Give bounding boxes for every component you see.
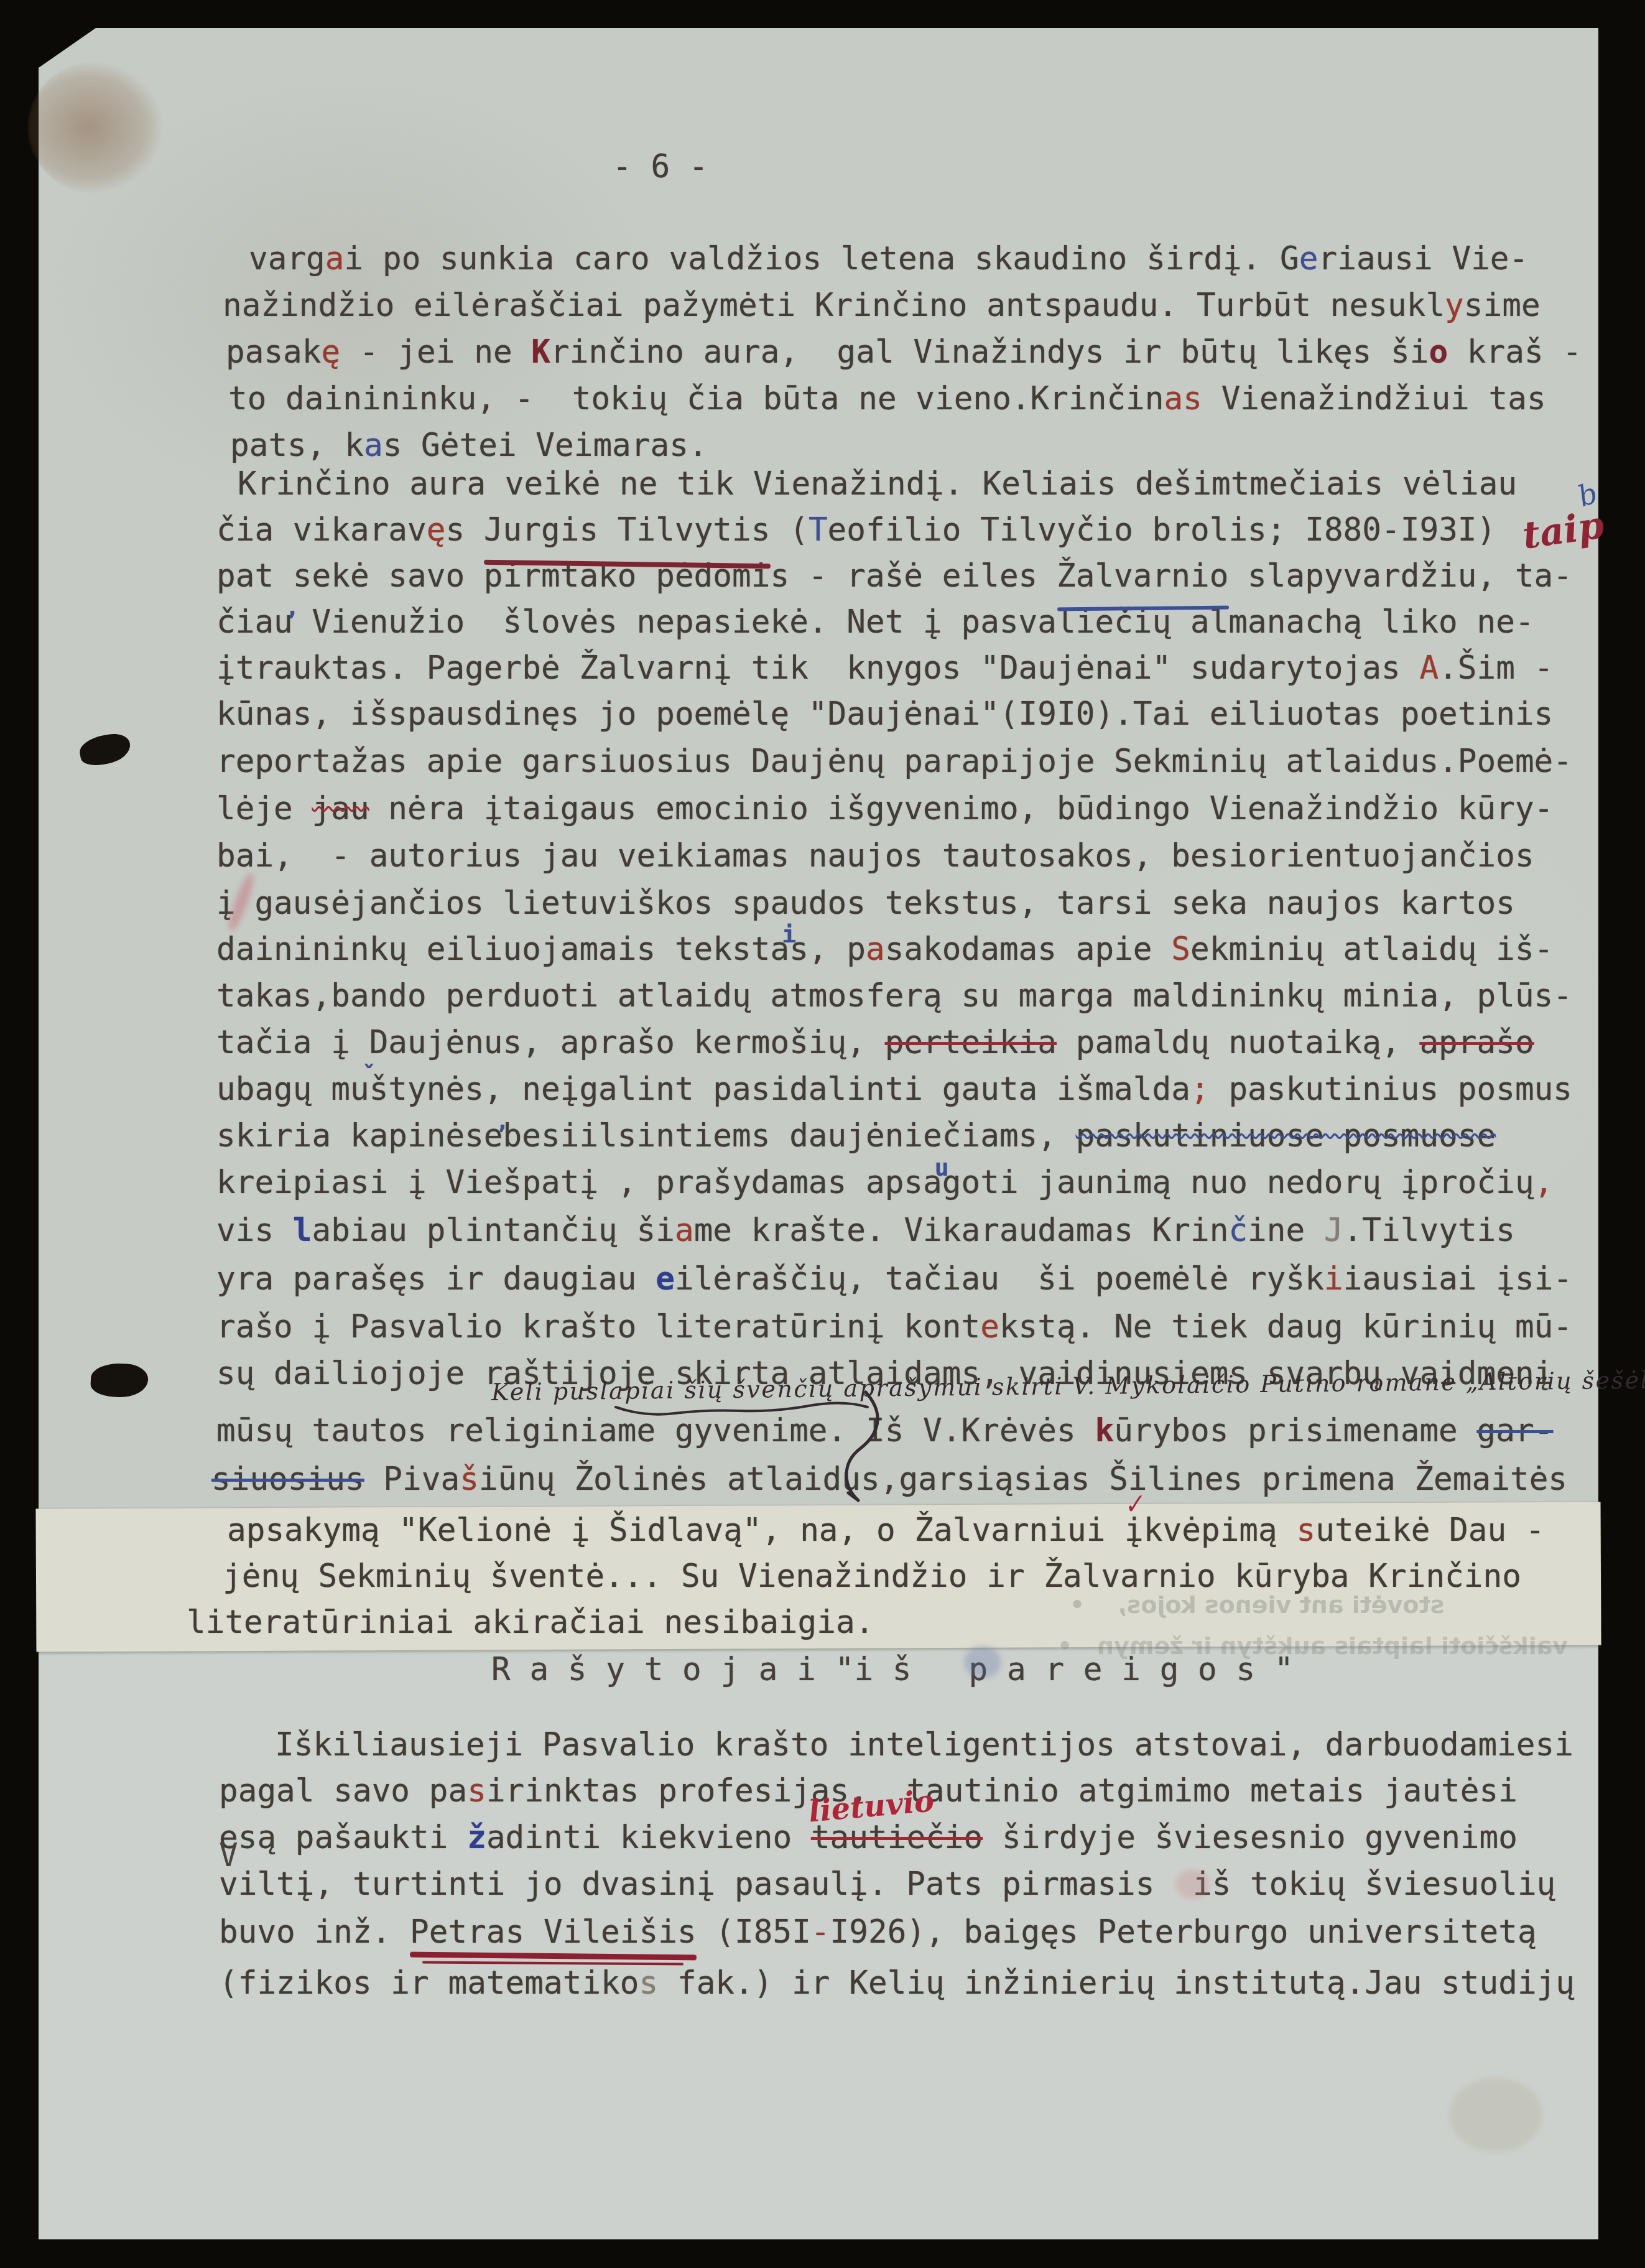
typed-v-correction: V bbox=[219, 1840, 238, 1872]
handwritten-taip: taip bbox=[1520, 503, 1607, 558]
blue-smudge-heading bbox=[964, 1646, 1001, 1678]
annotation-layer: taipbKeli puslapiai šių švenčių aprašymu… bbox=[0, 0, 1645, 2268]
red-check-silines: ✓ bbox=[1121, 1489, 1147, 1521]
blue-underline-zalvarnio bbox=[1057, 606, 1229, 611]
red-underline-petras-vileisis-2 bbox=[422, 1961, 683, 1966]
corner-stain bbox=[28, 62, 162, 193]
bottom-stain bbox=[1449, 2078, 1542, 2152]
red-underline-jurgis-tilvytis bbox=[484, 560, 771, 569]
handwritten-insertion: Keli puslapiai šių švenčių aprašymui ski… bbox=[491, 1366, 1645, 1406]
red-smudge-bai bbox=[225, 871, 258, 934]
bleed-through-line-2: vaikščioti laiptais aukštyn ir žemyn • bbox=[1057, 1632, 1568, 1660]
scanned-document: { "colors": { "scan_background": "#0b0a0… bbox=[0, 0, 1645, 2268]
ink-blot-1 bbox=[78, 731, 133, 768]
ink-blot-2 bbox=[90, 1362, 149, 1399]
red-underline-petras-vileisis bbox=[410, 1952, 697, 1961]
bleed-through-line-1: stovėti ant vienos kojos, • bbox=[1070, 1591, 1444, 1619]
handwritten-lietuvio: lietuvio bbox=[807, 1783, 935, 1829]
pink-smudge-pirmasis bbox=[1175, 1869, 1210, 1899]
scan-background: - 6 - R a š y t o j a i "i š p a r e i g… bbox=[0, 0, 1645, 2268]
